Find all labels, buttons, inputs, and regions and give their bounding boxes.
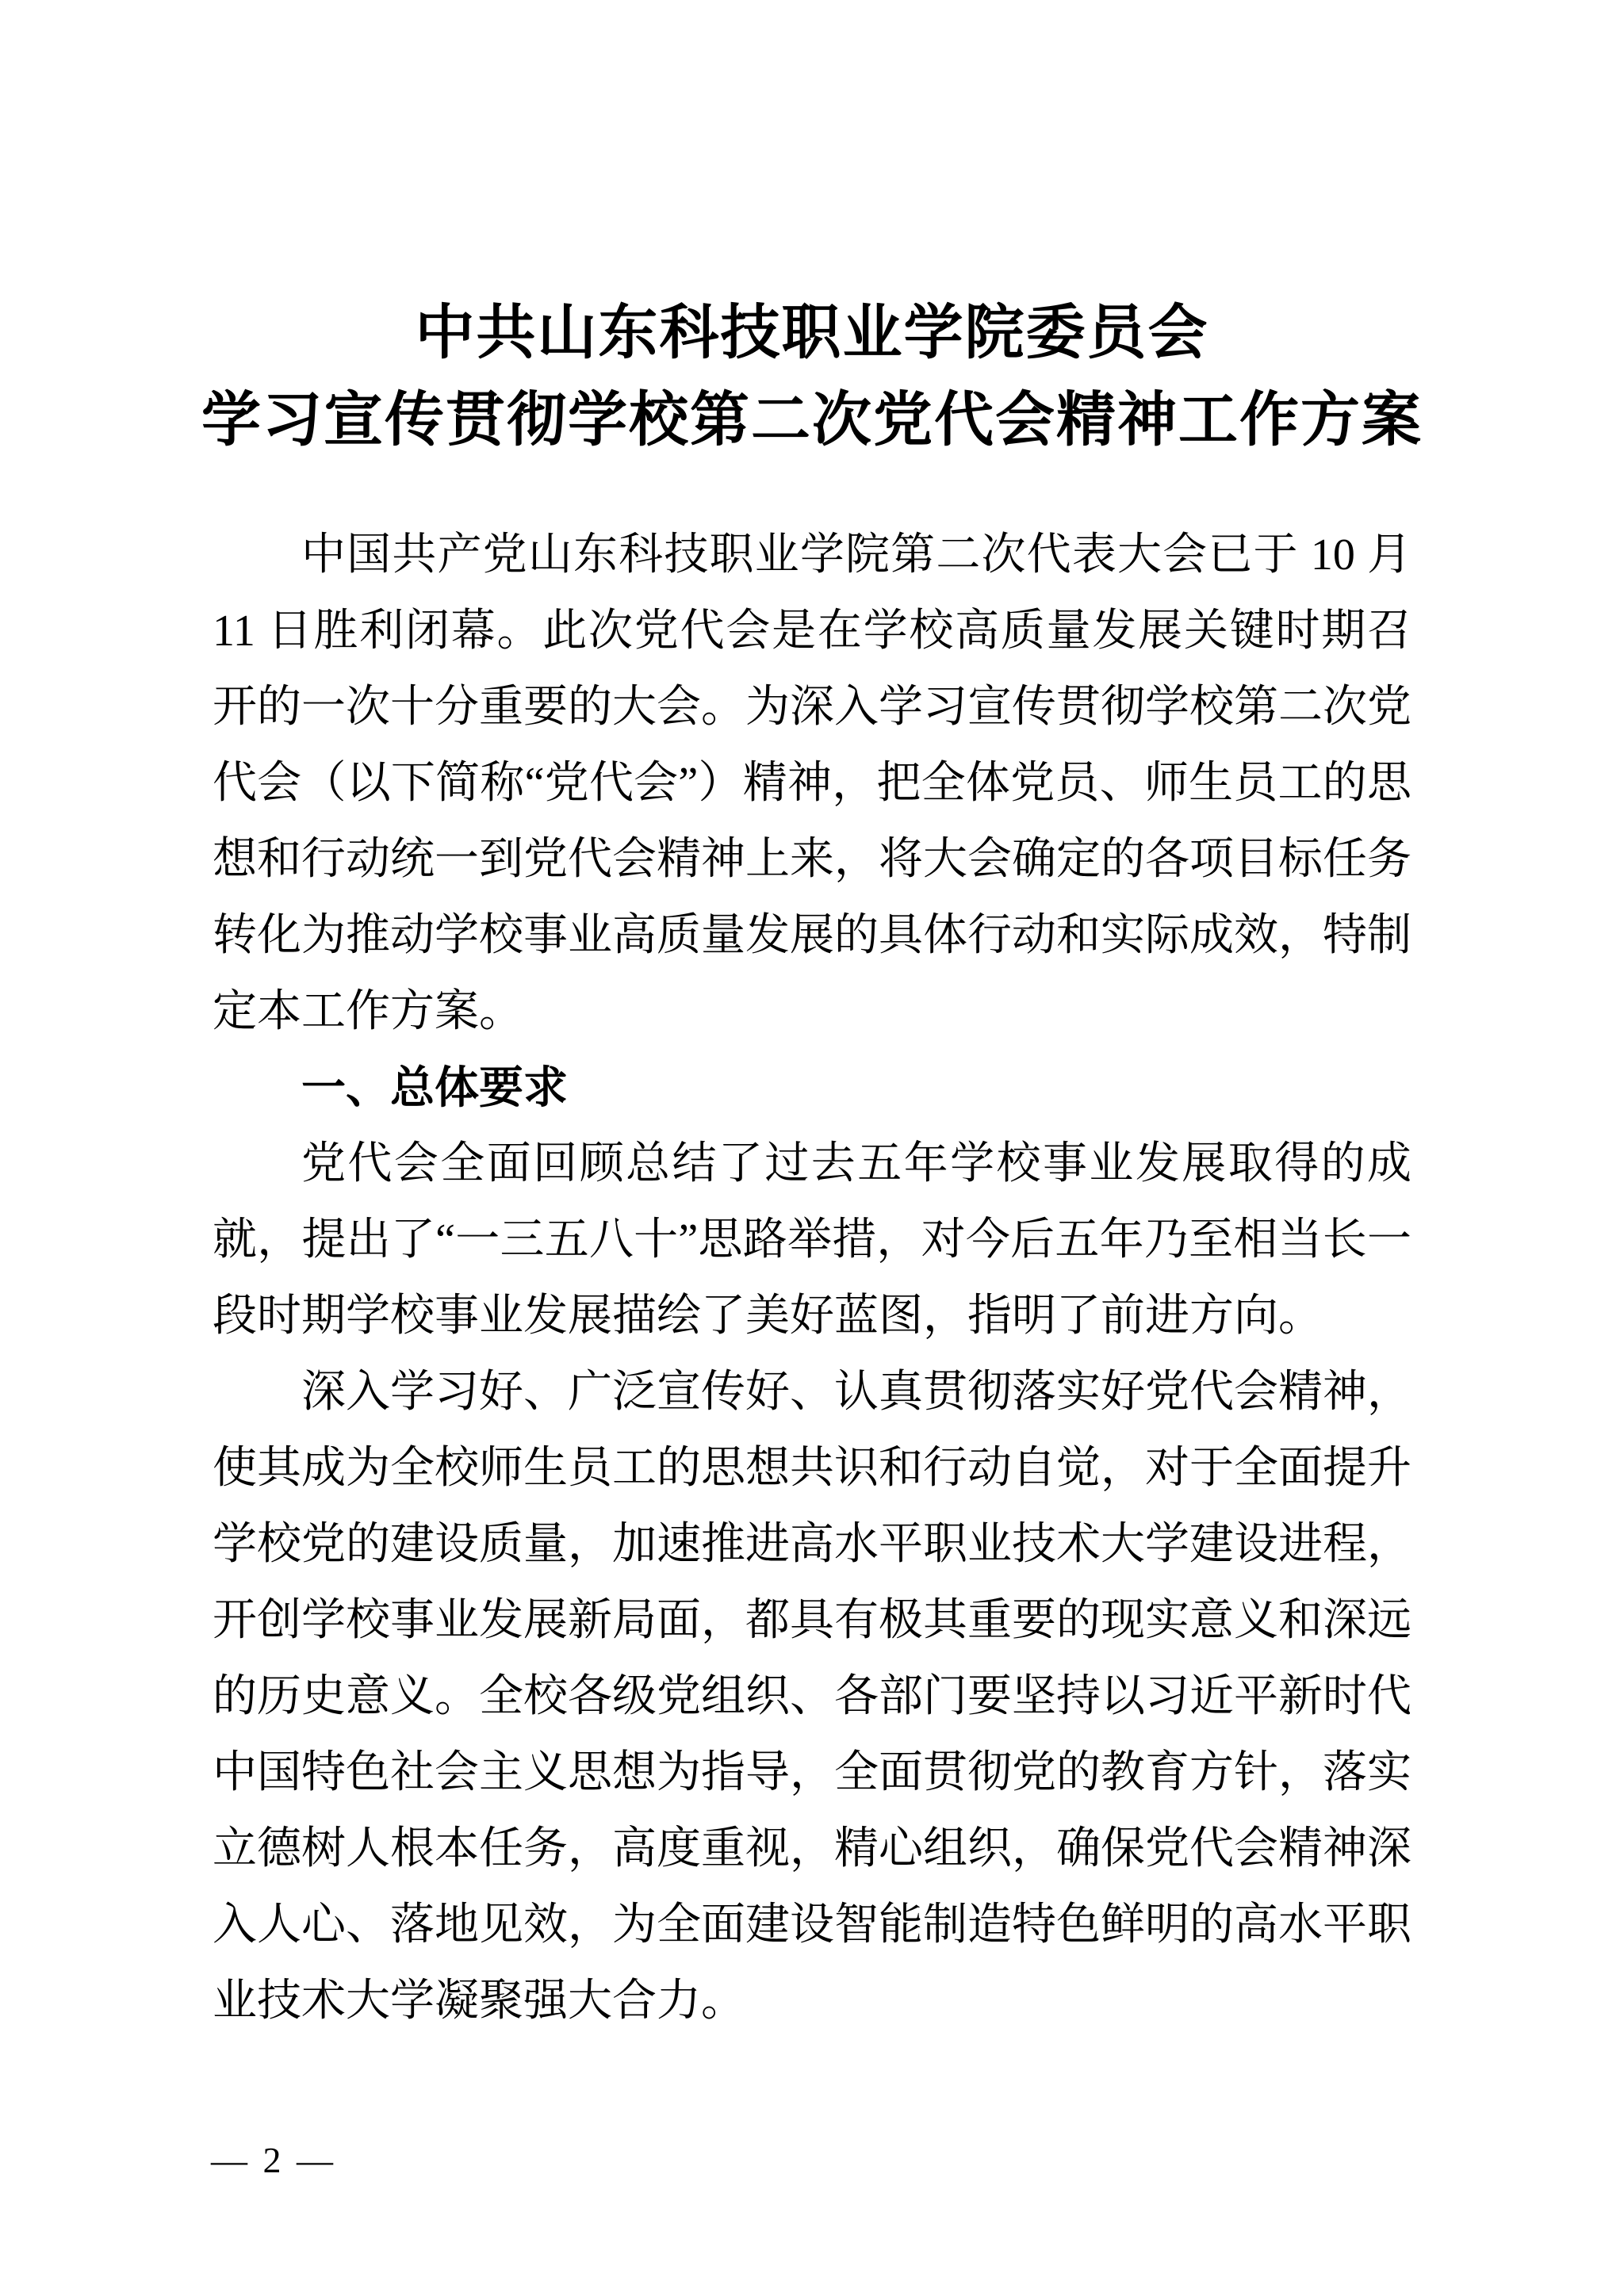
- paragraph-congress-conclusion: 中国共产党山东科技职业学院第二次代表大会已于 10 月 11 日胜利闭幕。此次党…: [213, 517, 1411, 1050]
- paragraph-congress-review: 党代会全面回顾总结了过去五年学校事业发展取得的成就，提出了“一三五八十”思路举措…: [213, 1126, 1411, 1354]
- title-line-2: 学习宣传贯彻学校第二次党代会精神工作方案: [0, 377, 1624, 465]
- title-line-1: 中共山东科技职业学院委员会: [0, 290, 1624, 377]
- page-number: — 2 —: [211, 2137, 336, 2184]
- paragraph-study-significance: 深入学习好、广泛宣传好、认真贯彻落实好党代会精神，使其成为全校师生员工的思想共识…: [213, 1354, 1411, 2039]
- document-page: 中共山东科技职业学院委员会 学习宣传贯彻学校第二次党代会精神工作方案 中国共产党…: [0, 0, 1624, 2296]
- document-body: 中国共产党山东科技职业学院第二次代表大会已于 10 月 11 日胜利闭幕。此次党…: [213, 517, 1411, 2039]
- section-heading-overall-requirements: 一、总体要求: [213, 1050, 1411, 1126]
- document-title: 中共山东科技职业学院委员会 学习宣传贯彻学校第二次党代会精神工作方案: [0, 290, 1624, 465]
